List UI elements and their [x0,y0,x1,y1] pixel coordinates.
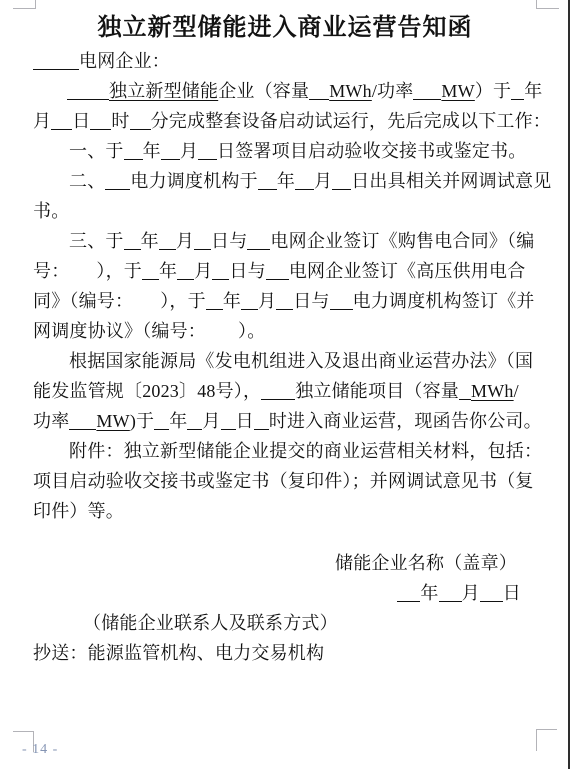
text-line: 印件）等。 [33,496,537,526]
text-segment: ），于 [96,261,142,281]
blank-field [194,228,211,250]
text-segment: 日 [72,111,90,131]
text-segment: 号： [33,261,69,281]
text-segment: 三、于 [69,231,124,251]
text-segment: 电网企业签订《高压供用电合 [289,261,526,281]
text-segment: 日 [503,583,521,603]
text-line: 月日时分完成整套设备启动试运行，先后完成以下工作： [33,106,537,136]
text-line: 附件：独立新型储能企业提交的商业运营相关材料，包括： [33,436,537,466]
text-segment: 月 [258,291,276,311]
text-segment: 同》（编号： [33,291,133,311]
text-segment: 独立储能项目（容量 [295,381,459,401]
text-segment: 分完成整套设备启动试运行，先后完成以下工作： [151,111,551,131]
text-segment: 印件）等。 [33,501,124,521]
underlined-text: MWh [329,81,372,101]
blank-field [241,288,258,310]
text-line: 一、于年月日签署项目启动验收交接书或鉴定书。 [33,136,537,166]
blank-field [130,108,151,130]
text-line: 号：），于年月日与电网企业签订《高压供用电合 [33,256,537,286]
text-segment: 根据国家能源局《发电机组进入及退出商业运营办法》（国 [69,351,533,371]
document-title: 独立新型储能进入商业运营告知函 [33,10,537,46]
blank-field [198,138,217,160]
blank-field [206,288,223,310]
text-segment: 月 [194,261,212,281]
blank-field [90,108,111,130]
text-segment: 月 [33,111,51,131]
text-segment: 抄送：能源监管机构、电力交易机构 [33,643,324,663]
blank-field [67,78,109,100]
text-segment: 电力调度机构于 [130,171,257,191]
text-segment: 日 [236,411,254,431]
text-segment: 年 [143,141,161,161]
text-segment: 月 [314,171,332,191]
blank-field [254,408,269,430]
text-segment: 二、 [69,171,105,191]
text-line: 三、于年月日与电网企业签订《购售电合同》（编 [33,226,537,256]
text-segment: 电网企业签订《购售电合同》（编 [270,231,534,251]
blank-field [161,138,180,160]
text-line: 电网企业： [33,46,537,76]
text-line: 项目启动验收交接书或鉴定书（复印件）；并网调试意见书（复 [33,466,537,496]
blank-field [124,228,141,250]
text-segment: 电网企业： [79,51,170,71]
page-number: - 14 - [22,742,58,758]
text-segment: 年 [159,261,177,281]
blank-field [124,138,143,160]
text-segment: 年 [169,411,187,431]
text-segment: ）于 [475,81,511,101]
blank-field [309,78,329,100]
text-segment: 储能企业名称（盖章） [335,553,517,573]
text-line: 功率MW)于年月日时进入商业运营，现函告你公司。 [33,406,537,436]
text-segment: 年 [141,231,159,251]
blank-field [154,408,169,430]
text-line: 储能企业名称（盖章） [33,548,537,578]
blank-field [69,408,96,430]
text-segment: 日签署项目启动验收交接书或鉴定书。 [217,141,526,161]
text-segment: 网调度协议》（编号： [33,321,206,341]
text-line: 二、电力调度机构于年月日出具相关并网调试意见 [33,166,537,196]
text-line: 年月日 [33,578,537,608]
underlined-text: MWh [471,381,514,401]
blank-field [276,288,293,310]
text-segment: / [514,381,519,401]
blank-field [247,228,270,250]
text-segment: /功率 [372,81,414,101]
document-body: 电网企业：独立新型储能企业（容量MWh/功率MW）于年月日时分完成整套设备启动试… [33,46,537,668]
text-segment: 时进入商业运营，现函告你公司。 [269,411,542,431]
text-segment: 月 [202,411,220,431]
blank-field [511,78,524,100]
underlined-text: 独立新型储能 [109,81,218,101]
blank-field [330,288,353,310]
blank-field [212,258,229,280]
text-line: 根据国家能源局《发电机组进入及退出商业运营办法》（国 [33,346,537,376]
spacer [69,276,96,277]
underlined-text: MW [441,81,474,101]
text-segment: 年 [277,171,295,191]
blank-field [177,258,194,280]
text-segment: ），于 [160,291,206,311]
text-segment: )于 [130,411,154,431]
text-line: 书。 [33,196,537,226]
blank-field [105,168,130,190]
text-segment: 时 [111,111,129,131]
text-segment: 年 [524,81,542,101]
blank-field [332,168,351,190]
text-line: 网调度协议》（编号：）。 [33,316,537,346]
blank-field [187,408,202,430]
blank-field [459,378,471,400]
crop-mark-bottom-right [536,729,557,751]
text-segment: （储能企业联系人及联系方式） [83,613,338,633]
blank-field [258,168,277,190]
blank-field [413,78,441,100]
underlined-text: MW [96,411,129,431]
crop-mark-top-left [13,0,36,9]
blank-field [159,228,176,250]
crop-mark-top-right [536,0,559,9]
text-segment: 一、于 [69,141,124,161]
text-segment: 日与 [229,261,265,281]
document-page: 独立新型储能进入商业运营告知函 电网企业：独立新型储能企业（容量MWh/功率MW… [0,0,570,769]
text-line: 能发监管规〔2023〕48号），独立储能项目（容量MWh/ [33,376,537,406]
text-line: 独立新型储能企业（容量MWh/功率MW）于年 [33,76,537,106]
text-segment: 年 [223,291,241,311]
blank-field [295,168,314,190]
blank-field [480,580,503,602]
text-line: 同》（编号：），于年月日与电力调度机构签订《并 [33,286,537,316]
blank-field [221,408,236,430]
text-line: 抄送：能源监管机构、电力交易机构 [33,638,537,668]
text-segment: 书。 [33,201,69,221]
spacer [133,306,160,307]
text-segment: 企业（容量 [218,81,309,101]
text-segment: 日与 [293,291,329,311]
blank-field [33,48,79,70]
text-segment: 月 [180,141,198,161]
text-segment: 月 [462,583,480,603]
text-segment: 功率 [33,411,69,431]
text-line: （储能企业联系人及联系方式） [33,608,537,638]
text-segment: 日出具相关并网调试意见 [351,171,551,191]
blank-field [439,580,462,602]
blank-field [266,258,289,280]
text-segment: 能发监管规〔2023〕48号）， [33,381,261,401]
text-segment: 年 [420,583,438,603]
spacer [206,336,238,337]
text-segment: 月 [176,231,194,251]
text-segment: 附件：独立新型储能企业提交的商业运营相关材料，包括： [69,441,542,461]
blank-field [142,258,159,280]
text-segment: ）。 [238,321,265,341]
text-segment: 日与 [211,231,247,251]
blank-field [261,378,295,400]
blank-field [397,580,420,602]
text-segment: 项目启动验收交接书或鉴定书（复印件）；并网调试意见书（复 [33,471,534,491]
blank-field [51,108,72,130]
text-segment: 电力调度机构签订《并 [353,291,535,311]
